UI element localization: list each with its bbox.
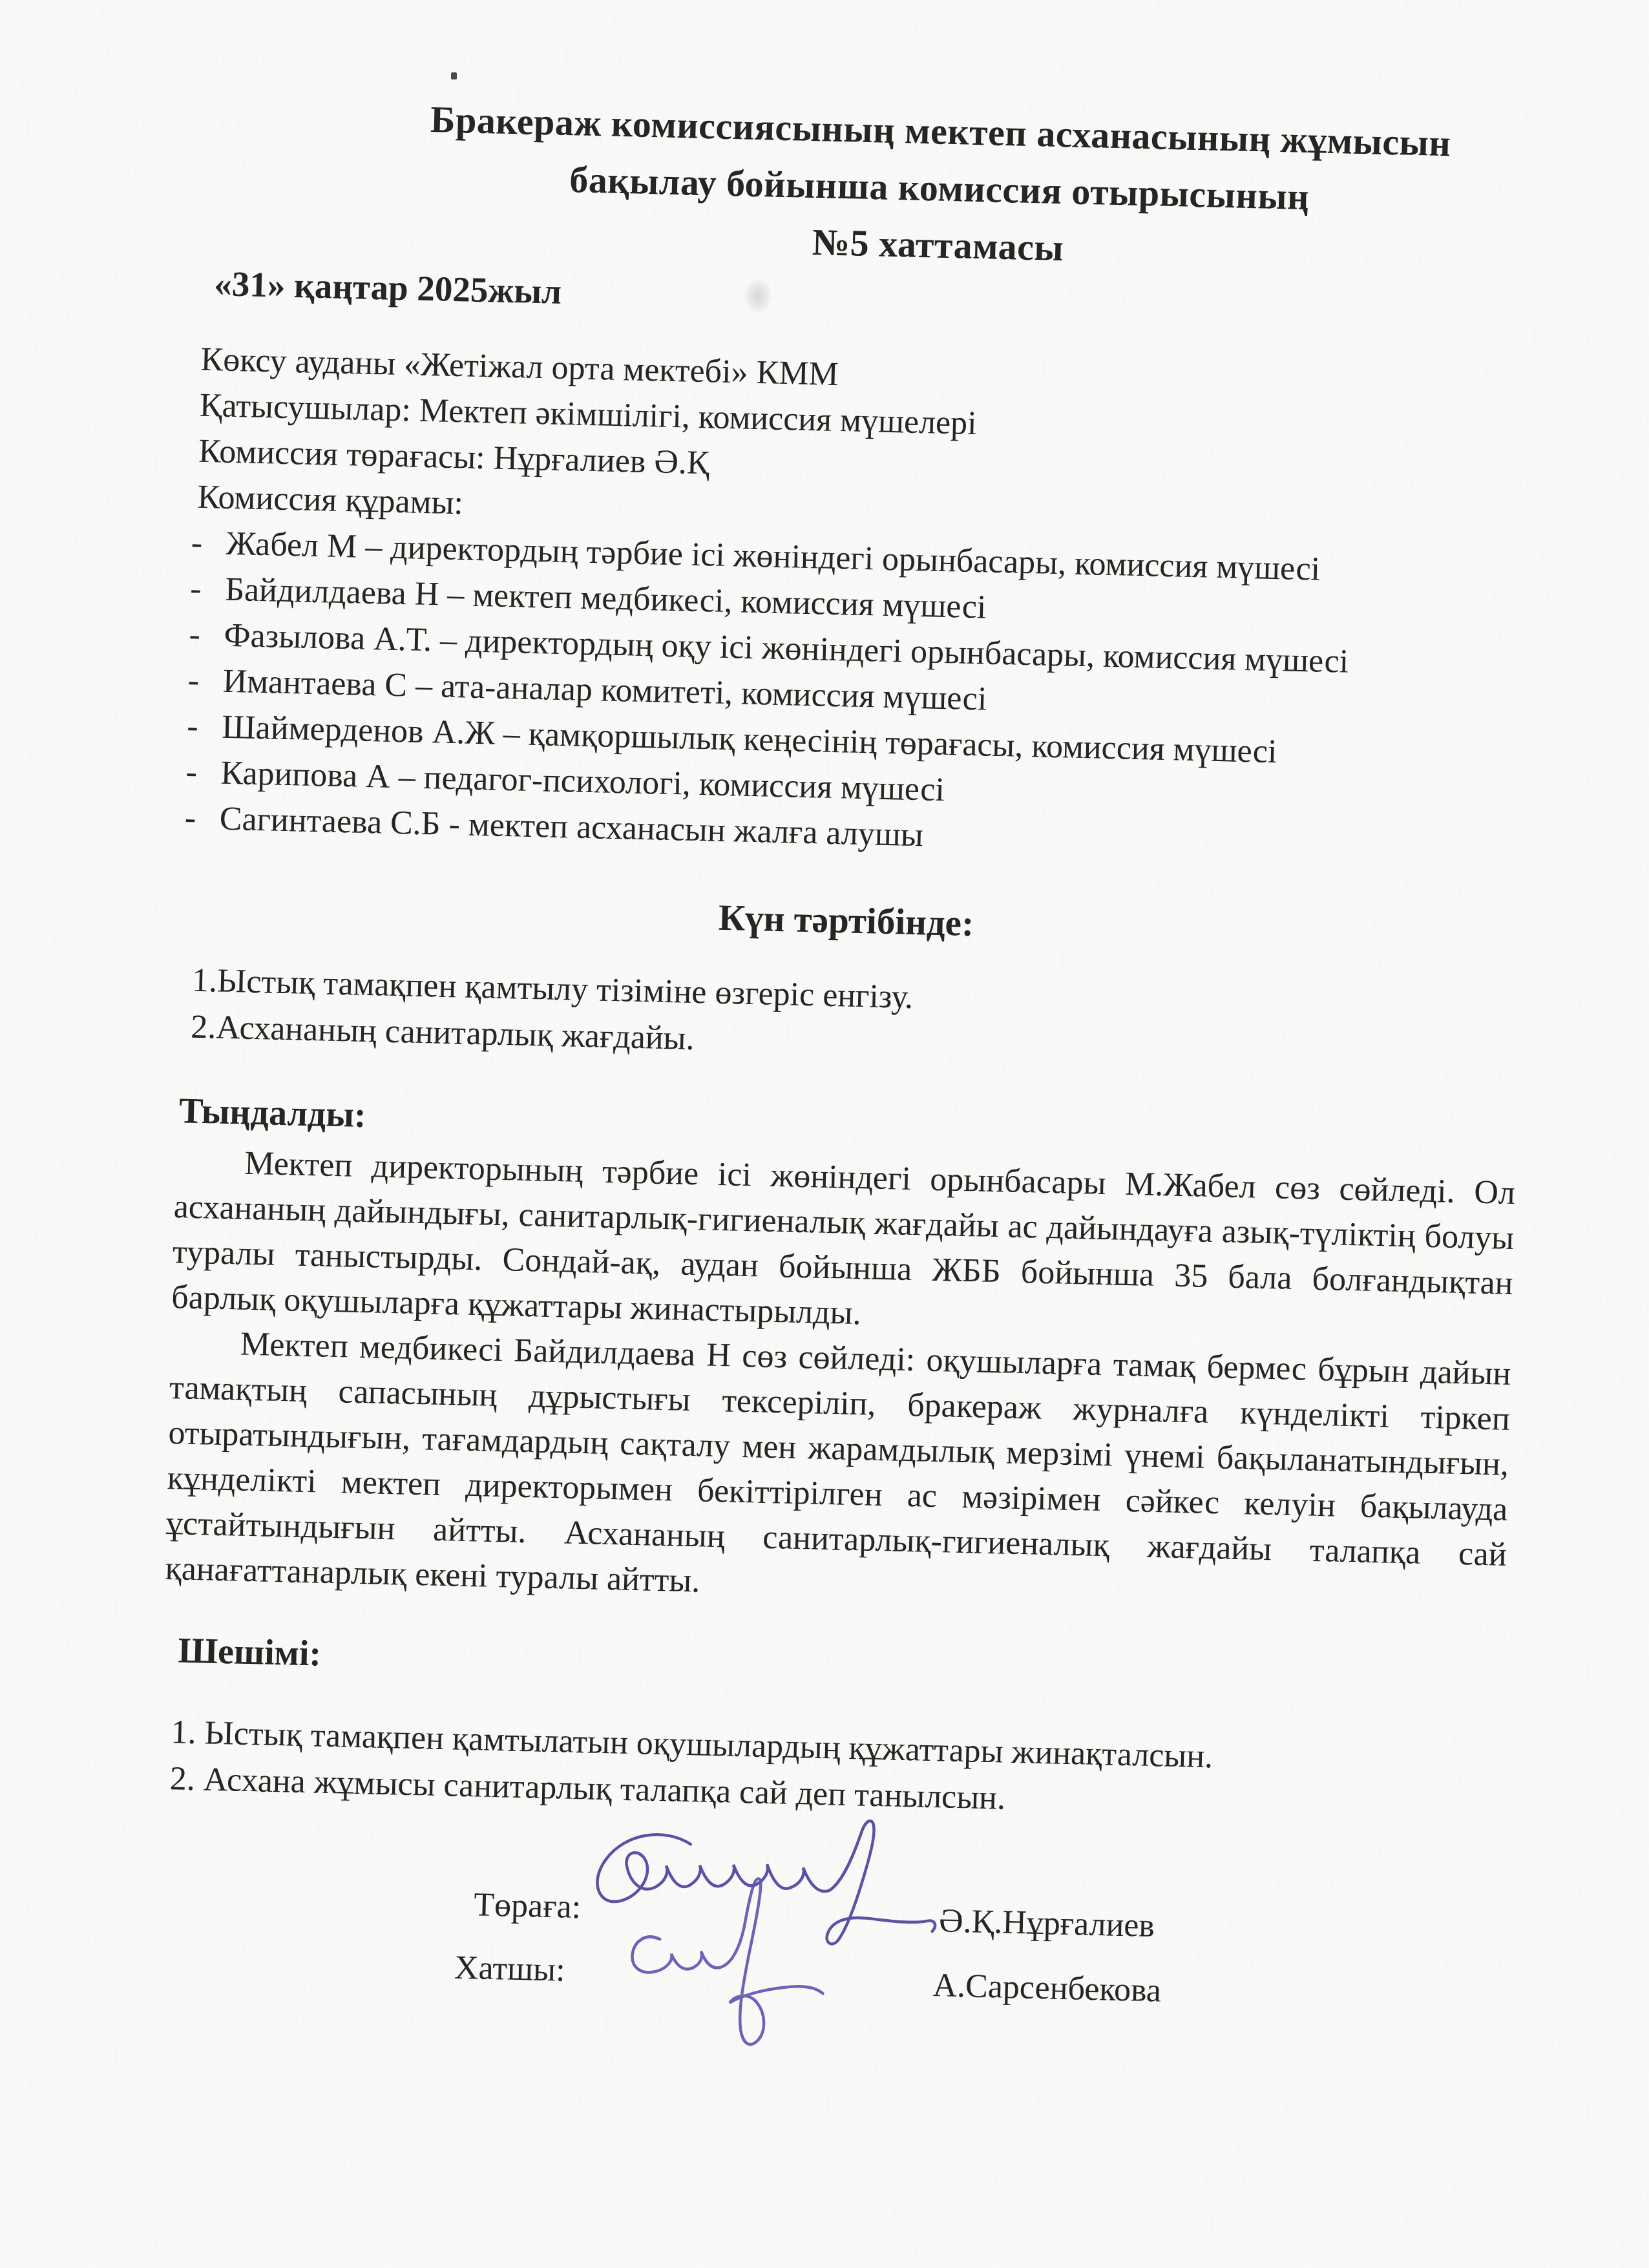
agenda-heading: Күн тәртібінде: (164, 879, 1528, 963)
list-dash: - (182, 703, 222, 750)
heard-paragraph: Мектеп медбикесі Байдилдаева Н сөз сөйле… (165, 1320, 1511, 1623)
signature-block: Төраға: Ә.Қ.Нұрғалиев Хатшы: А.Сарсенбек… (136, 1866, 1505, 2170)
document-sheet: Бракераж комиссиясының мектеп асханасыны… (136, 76, 1548, 2170)
document-title: Бракераж комиссиясының мектеп асханасыны… (180, 85, 1547, 288)
chair-signature-path (596, 1814, 937, 1946)
member-list: -Жабел М – директордың тәрбие ісі жөнінд… (180, 520, 1537, 872)
heard-paragraph: Мектеп директорының тәрбие ісі жөніндегі… (171, 1139, 1516, 1352)
list-dash: - (184, 657, 224, 704)
secretary-label: Хатшы: (454, 1949, 565, 1990)
decision-heading: Шешімі: (178, 1627, 1511, 1705)
scan-speck (451, 72, 457, 79)
list-dash: - (185, 611, 225, 658)
list-dash: - (180, 795, 220, 841)
list-dash: - (187, 520, 227, 566)
list-dash: - (185, 565, 226, 612)
agenda-list: 1.Ыстық тамақпен қамтылу тізіміне өзгері… (190, 958, 1526, 1082)
chair-name: Ә.Қ.Нұрғалиев (938, 1902, 1155, 1945)
secretary-name: А.Сарсенбекова (932, 1966, 1162, 2010)
decision-list: 1. Ыстық тамақпен қамтылатын оқушылардың… (169, 1709, 1509, 1834)
secretary-signature-path (630, 1876, 825, 2046)
scanned-document-page: Бракераж комиссиясының мектеп асханасыны… (0, 0, 1649, 2268)
chair-label: Төраға: (474, 1885, 582, 1926)
list-dash: - (182, 749, 222, 795)
meeting-info: Көксу ауданы «Жетіжал орта мектебі» КММ … (197, 337, 1541, 552)
handwritten-signatures (576, 1780, 997, 2093)
